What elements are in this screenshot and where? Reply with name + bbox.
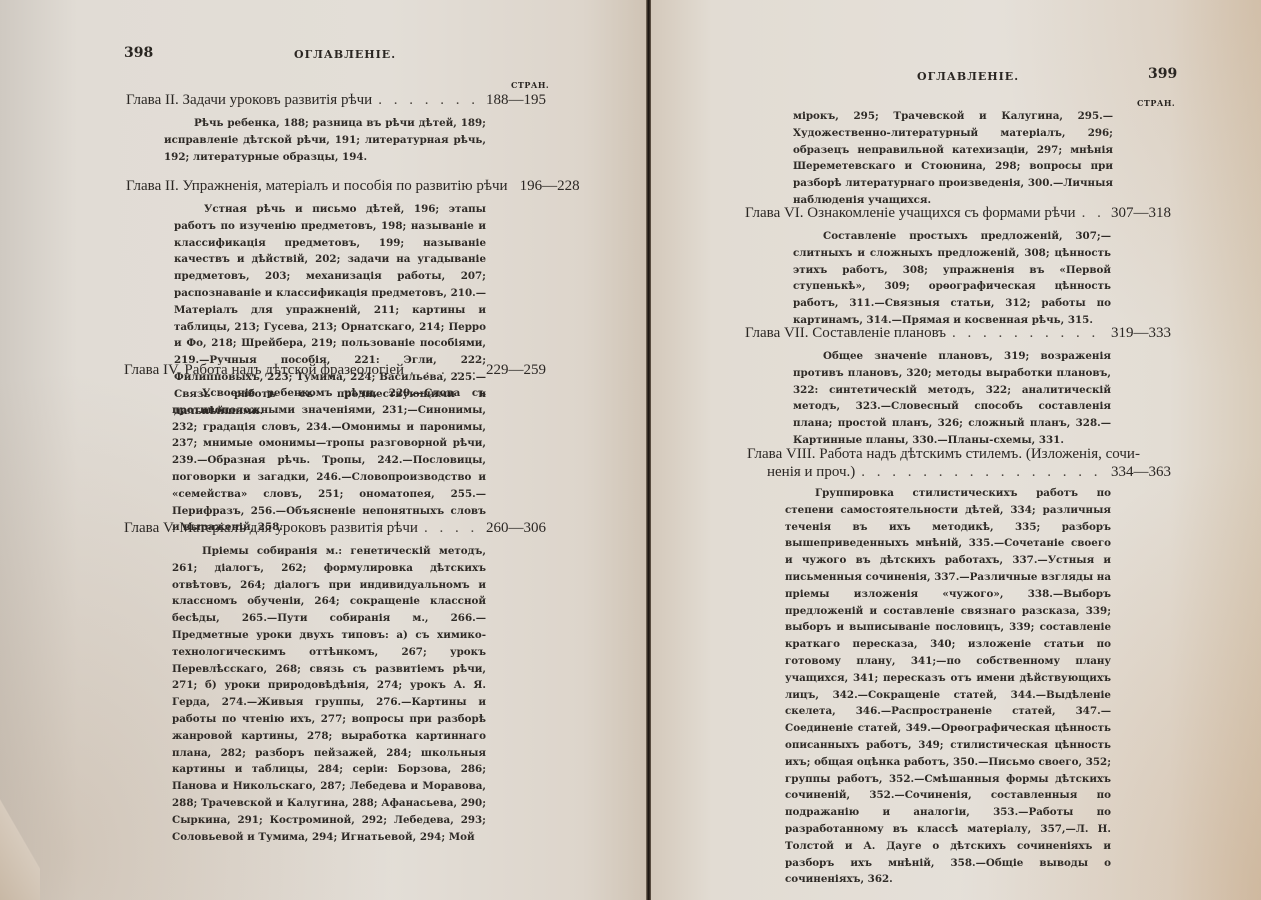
chapter-heading: ненія и проч.) 334—363	[747, 464, 1171, 481]
toc-entry: Глава VIII. Работа надъ дѣтскимъ стилемъ…	[747, 444, 1171, 888]
chapter-contents: Усвоеніе ребенкомъ рѣчи, 229.—Слова съ п…	[172, 385, 486, 536]
page-corner-fold	[0, 770, 40, 900]
chapter-contents: Группировка стилистическихъ работъ по ст…	[785, 485, 1111, 888]
book-spread: 398 ОГЛАВЛЕНІЕ. СТРАН. Глава II. Задачи …	[0, 0, 1261, 900]
dot-leader	[424, 520, 480, 537]
chapter-title: Глава IV. Работа надъ дѣтской фразеологі…	[124, 362, 404, 379]
chapter-contents: Составленіе простыхъ предложеній, 307;—с…	[793, 228, 1111, 329]
chapter-title: Глава II. Задачи уроковъ развитія рѣчи	[126, 92, 372, 109]
chapter-title: Глава VI. Ознакомленіе учащихся съ форма…	[745, 205, 1076, 222]
chapter-title: Глава VIII. Работа надъ дѣтскимъ стилемъ…	[747, 444, 1171, 464]
chapter-pages: 229—259	[486, 362, 546, 379]
chapter-pages: 196—228	[520, 178, 580, 195]
chapter-pages: 334—363	[1111, 464, 1171, 481]
chapter-contents: Рѣчь ребенка, 188; разница въ рѣчи дѣтей…	[164, 115, 486, 165]
dot-leader	[410, 362, 480, 379]
dot-leader	[378, 92, 480, 109]
chapter-pages: 188—195	[486, 92, 546, 109]
dot-leader	[952, 325, 1105, 342]
right-page: ОГЛАВЛЕНІЕ. 399 СТРАН. мірокъ, 295; Трач…	[651, 0, 1261, 900]
toc-entry: Глава IV. Работа надъ дѣтской фразеологі…	[124, 362, 546, 536]
chapter-heading: Глава IV. Работа надъ дѣтской фразеологі…	[124, 362, 546, 379]
page-number: 398	[124, 45, 153, 61]
chapter-pages: 319—333	[1111, 325, 1171, 342]
left-page: 398 ОГЛАВЛЕНІЕ. СТРАН. Глава II. Задачи …	[0, 0, 648, 900]
chapter-title: Глава V. Матеріалъ для уроковъ развитія …	[124, 520, 418, 537]
pages-column-label: СТРАН.	[1137, 98, 1175, 108]
dot-leader	[861, 464, 1105, 481]
chapter-heading: Глава V. Матеріалъ для уроковъ развитія …	[124, 520, 546, 537]
chapter-heading: Глава VII. Составленіе плановъ 319—333	[745, 325, 1171, 342]
toc-entry: Глава II. Задачи уроковъ развитія рѣчи 1…	[126, 92, 546, 165]
chapter-pages: 260—306	[486, 520, 546, 537]
chapter-contents: Общее значеніе плановъ, 319; возраженія …	[793, 348, 1111, 449]
chapter-title: Глава VII. Составленіе плановъ	[745, 325, 946, 342]
running-head: ОГЛАВЛЕНІЕ.	[294, 48, 396, 61]
chapter-contents-continuation: мірокъ, 295; Трачевской и Калугина, 295.…	[793, 108, 1113, 209]
chapter-heading: Глава VI. Ознакомленіе учащихся съ форма…	[745, 205, 1171, 222]
chapter-contents: Пріемы собиранія м.: генетическій методъ…	[172, 543, 486, 845]
chapter-heading: Глава II. Задачи уроковъ развитія рѣчи 1…	[126, 92, 546, 109]
chapter-title: Глава II. Упражненія, матеріалъ и пособі…	[126, 178, 508, 195]
page-number: 399	[1148, 66, 1177, 82]
pages-column-label: СТРАН.	[511, 80, 549, 90]
chapter-title-continued: ненія и проч.)	[767, 464, 855, 481]
dot-leader	[1082, 205, 1105, 222]
toc-entry: Глава VII. Составленіе плановъ 319—333 О…	[745, 325, 1171, 449]
chapter-heading: Глава II. Упражненія, матеріалъ и пособі…	[126, 178, 546, 195]
chapter-pages: 307—318	[1111, 205, 1171, 222]
running-head: ОГЛАВЛЕНІЕ.	[917, 70, 1019, 83]
toc-entry: Глава VI. Ознакомленіе учащихся съ форма…	[745, 205, 1171, 329]
toc-entry: Глава V. Матеріалъ для уроковъ развитія …	[124, 520, 546, 845]
